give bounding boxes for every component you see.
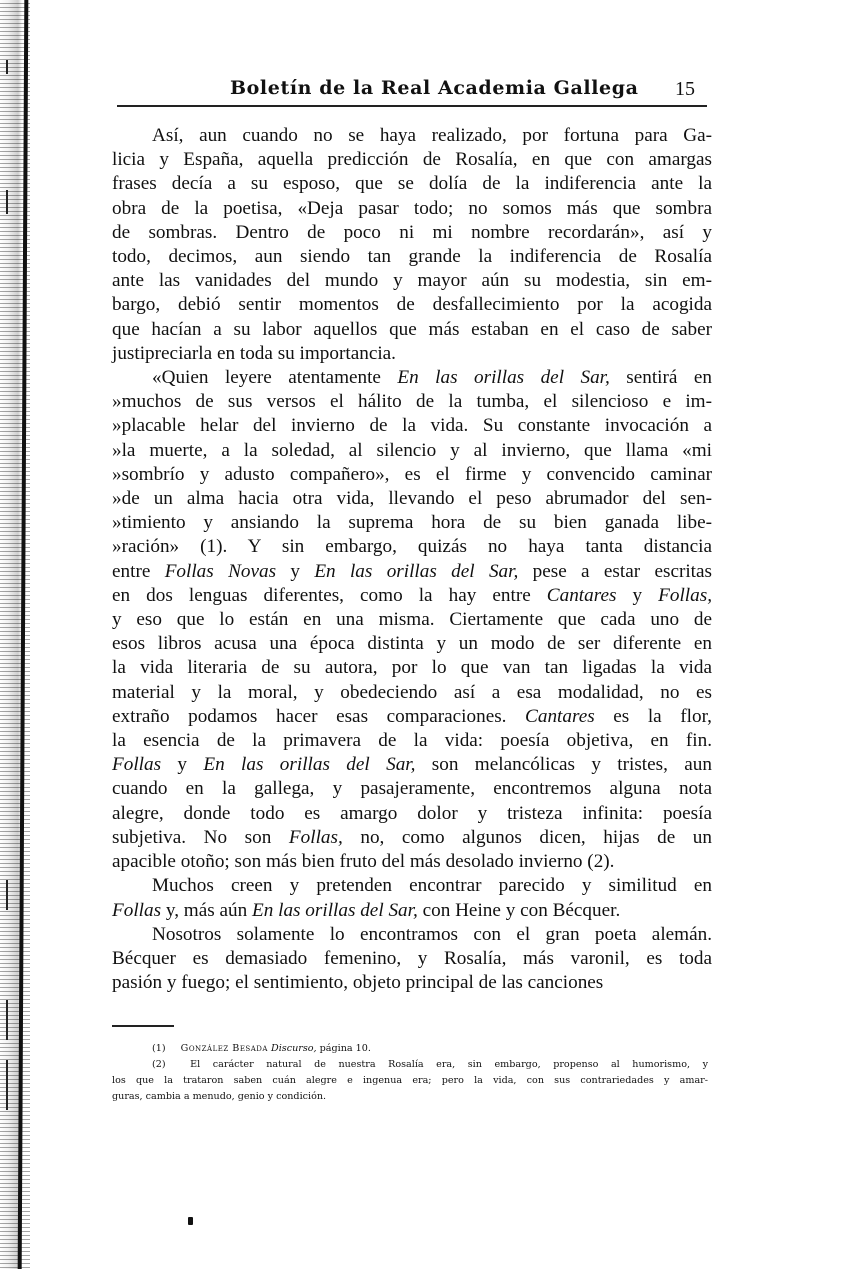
text-line: obra de la poetisa, «Deja pasar todo; no… [112,197,712,221]
text-line: »ración» (1). Y sin embargo, quizás no h… [112,535,712,559]
text-line: justipreciarla en toda su importancia. [112,342,712,366]
footnote-line: El carácter natural de nuestra Rosalía e… [190,1059,708,1070]
paragraph: Así, aun cuando no se haya realizado, po… [112,124,712,366]
book-title: Follas [112,900,161,921]
text-line: material y la moral, y obedeciendo así a… [112,681,712,705]
text-line: esos libros acusa una época distinta y u… [112,632,712,656]
text-line: pasión y fuego; el sentimiento, objeto p… [112,971,712,995]
header-rule [117,105,707,107]
text-line: alegre, donde todo es amargo dolor y tri… [112,802,712,826]
text-line: bargo, debió sentir momentos de desfalle… [112,293,712,317]
book-title: Follas, [289,827,343,848]
journal-title: Boletín de la Real Academia Gallega [230,77,639,99]
text-line: licia y España, aquella predicción de Ro… [112,148,712,172]
text-line: todo, decimos, aun siendo tan grande la … [112,245,712,269]
book-title: Cantares [547,585,617,606]
text-line: »timiento y ansiando la suprema hora de … [112,511,712,535]
text-line: «Quien leyere atentamente En las orillas… [112,366,712,390]
text-line: Nosotros solamente lo encontramos con el… [112,923,712,947]
footnote-work: Discurso, [271,1043,317,1054]
book-title: En las orillas del Sar, [314,561,518,582]
running-head: Boletín de la Real Academia Gallega 15 [115,74,707,104]
paragraph: Muchos creen y pretenden encontrar parec… [112,874,712,922]
paragraph: Nosotros solamente lo encontramos con el… [112,923,712,996]
book-title: Follas, [658,585,712,606]
scan-speck [6,880,8,910]
paragraph: «Quien leyere atentamente En las orillas… [112,366,712,874]
scan-ink-mark [188,1217,193,1225]
text-line: en dos lenguas diferentes, como la hay e… [112,584,712,608]
text-line: Bécquer es demasiado femenino, y Rosalía… [112,947,712,971]
footnote-line: los que la trataron saben cuán alegre e … [112,1073,708,1089]
footnote-rule [112,1025,174,1027]
footnote-1: (1) González Besada Discurso, página 10. [112,1041,708,1057]
text-line: la esencia de la primavera de la vida: p… [112,729,712,753]
footnote-line: guras, cambia a menudo, genio y condició… [112,1089,708,1105]
book-title: Follas [112,754,161,775]
footnotes: (1) González Besada Discurso, página 10.… [112,1041,708,1105]
text-line: ante las vanidades del mundo y mayor aún… [112,269,712,293]
book-title: En las orillas del Sar, [252,900,418,921]
text-line: subjetiva. No son Follas, no, como algun… [112,826,712,850]
text-line: »sombrío y adusto compañero», es el firm… [112,463,712,487]
footnote-number: (2) [152,1059,166,1070]
footnote-number: (1) [152,1043,166,1054]
footnote-author: González Besada [181,1043,268,1054]
text-line: la vida literaria de su autora, por lo q… [112,656,712,680]
text-line: »muchos de sus versos el hálito de la tu… [112,390,712,414]
footnote-2: (2) El carácter natural de nuestra Rosal… [112,1057,708,1105]
scan-speck [6,60,8,74]
page-number: 15 [675,78,695,101]
book-title: En las orillas del Sar, [203,754,415,775]
text-line: Así, aun cuando no se haya realizado, po… [112,124,712,148]
text-line: y eso que lo están en una misma. Ciertam… [112,608,712,632]
scan-speck [6,190,8,214]
text-line: »la muerte, a la soledad, al silencio y … [112,439,712,463]
text-line: Follas y, más aún En las orillas del Sar… [112,899,712,923]
text-line: »placable helar del invierno de la vida.… [112,414,712,438]
footnote-page: página 10. [320,1043,371,1054]
scan-speck [6,1060,8,1110]
book-title: En las orillas del Sar, [397,367,609,388]
scan-speck [6,1000,8,1040]
text-line: frases decía a su esposo, que se dolía d… [112,172,712,196]
text-line: »de un alma hacia otra vida, llevando el… [112,487,712,511]
body-text: Así, aun cuando no se haya realizado, po… [112,124,712,995]
book-title: Follas Novas [165,561,276,582]
text-line: extraño podamos hacer esas comparaciones… [112,705,712,729]
text-line: que hacían a su labor aquellos que más e… [112,318,712,342]
text-line: cuando en la gallega, y pasajeramente, e… [112,777,712,801]
book-title: Cantares [525,706,595,727]
text-line: de sombras. Dentro de poco ni mi nombre … [112,221,712,245]
text-line: entre Follas Novas y En las orillas del … [112,560,712,584]
text-line: Follas y En las orillas del Sar, son mel… [112,753,712,777]
text-line: apacible otoño; son más bien fruto del m… [112,850,712,874]
text-line: Muchos creen y pretenden encontrar parec… [112,874,712,898]
